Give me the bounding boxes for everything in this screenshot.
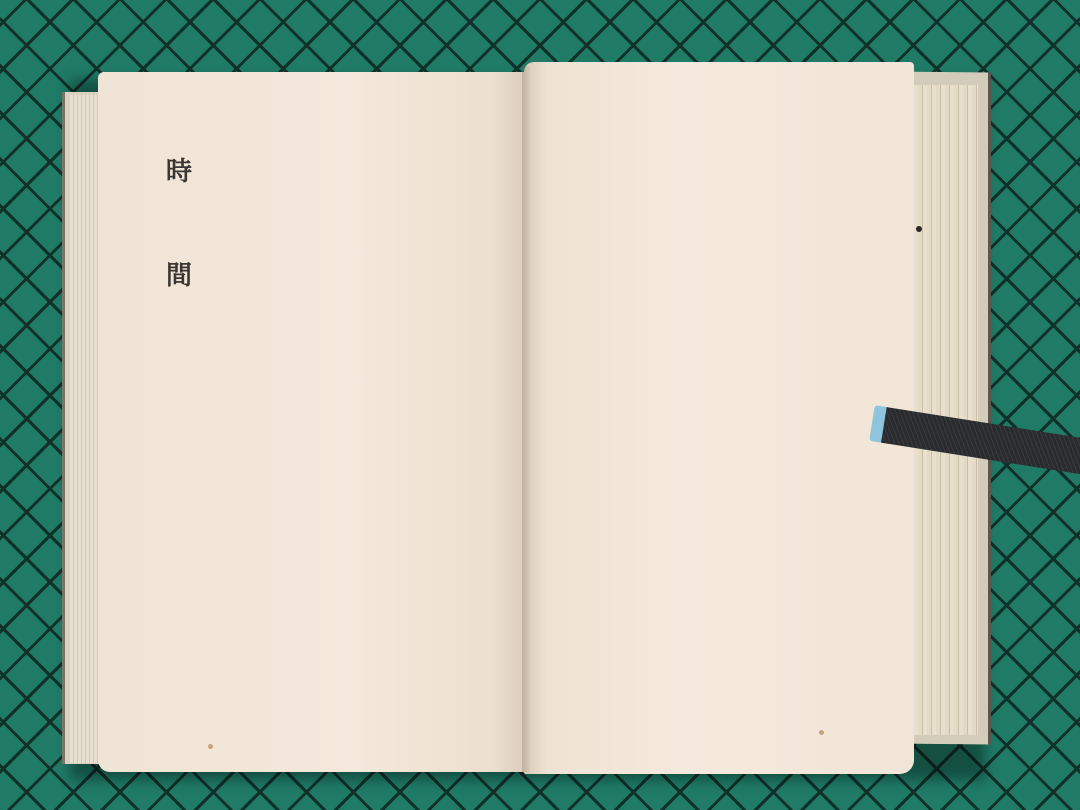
title-char-2: 間 bbox=[166, 259, 192, 293]
paper-stain bbox=[819, 730, 824, 735]
photo-scene: 時 間 bbox=[0, 0, 1080, 810]
paper-stain bbox=[208, 744, 213, 749]
title-char-1: 時 bbox=[166, 155, 192, 189]
right-page bbox=[524, 62, 914, 774]
binding-hole bbox=[916, 226, 922, 232]
left-page bbox=[98, 72, 528, 772]
book-gutter bbox=[522, 66, 530, 772]
vertical-title: 時 間 bbox=[166, 155, 192, 293]
